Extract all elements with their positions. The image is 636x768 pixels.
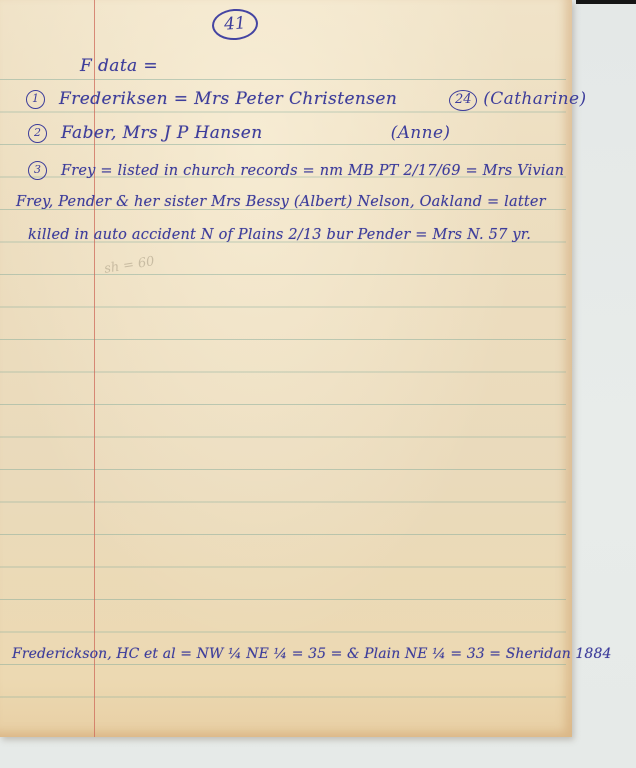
circled-reference-number: 24 — [449, 90, 477, 111]
circled-entry-number: 1 — [26, 90, 45, 109]
entry-text: Frederiksen = Mrs Peter Christensen — [59, 89, 397, 109]
header-note: F data = — [80, 56, 158, 76]
entry-name-suffix: (Anne) — [391, 123, 451, 143]
entry-name-suffix: (Catharine) — [483, 89, 586, 109]
entry-faber: 2Faber, Mrs J P Hansen(Anne) — [28, 123, 450, 143]
entry-text: Frey = listed in church records = nm MB … — [61, 163, 564, 179]
entry-frederiksen: 1Frederiksen = Mrs Peter Christensen24(C… — [26, 89, 587, 111]
entry-frey: 3Frey = listed in church records = nm MB… — [28, 160, 564, 180]
footer-land-record: Frederickson, HC et al = NW ¼ NE ¼ = 35 … — [12, 646, 611, 662]
continuation-line: Frey, Pender & her sister Mrs Bessy (Alb… — [16, 194, 546, 210]
scanner-edge-strip — [576, 0, 636, 4]
notebook-page: 41 F data = 1Frederiksen = Mrs Peter Chr… — [0, 0, 572, 737]
circled-entry-number: 2 — [28, 124, 47, 143]
entry-text: Faber, Mrs J P Hansen — [61, 123, 263, 143]
circled-page-number: 41 — [211, 7, 259, 41]
continuation-line: killed in auto accident N of Plains 2/13… — [28, 227, 531, 243]
circled-entry-number: 3 — [28, 161, 47, 180]
